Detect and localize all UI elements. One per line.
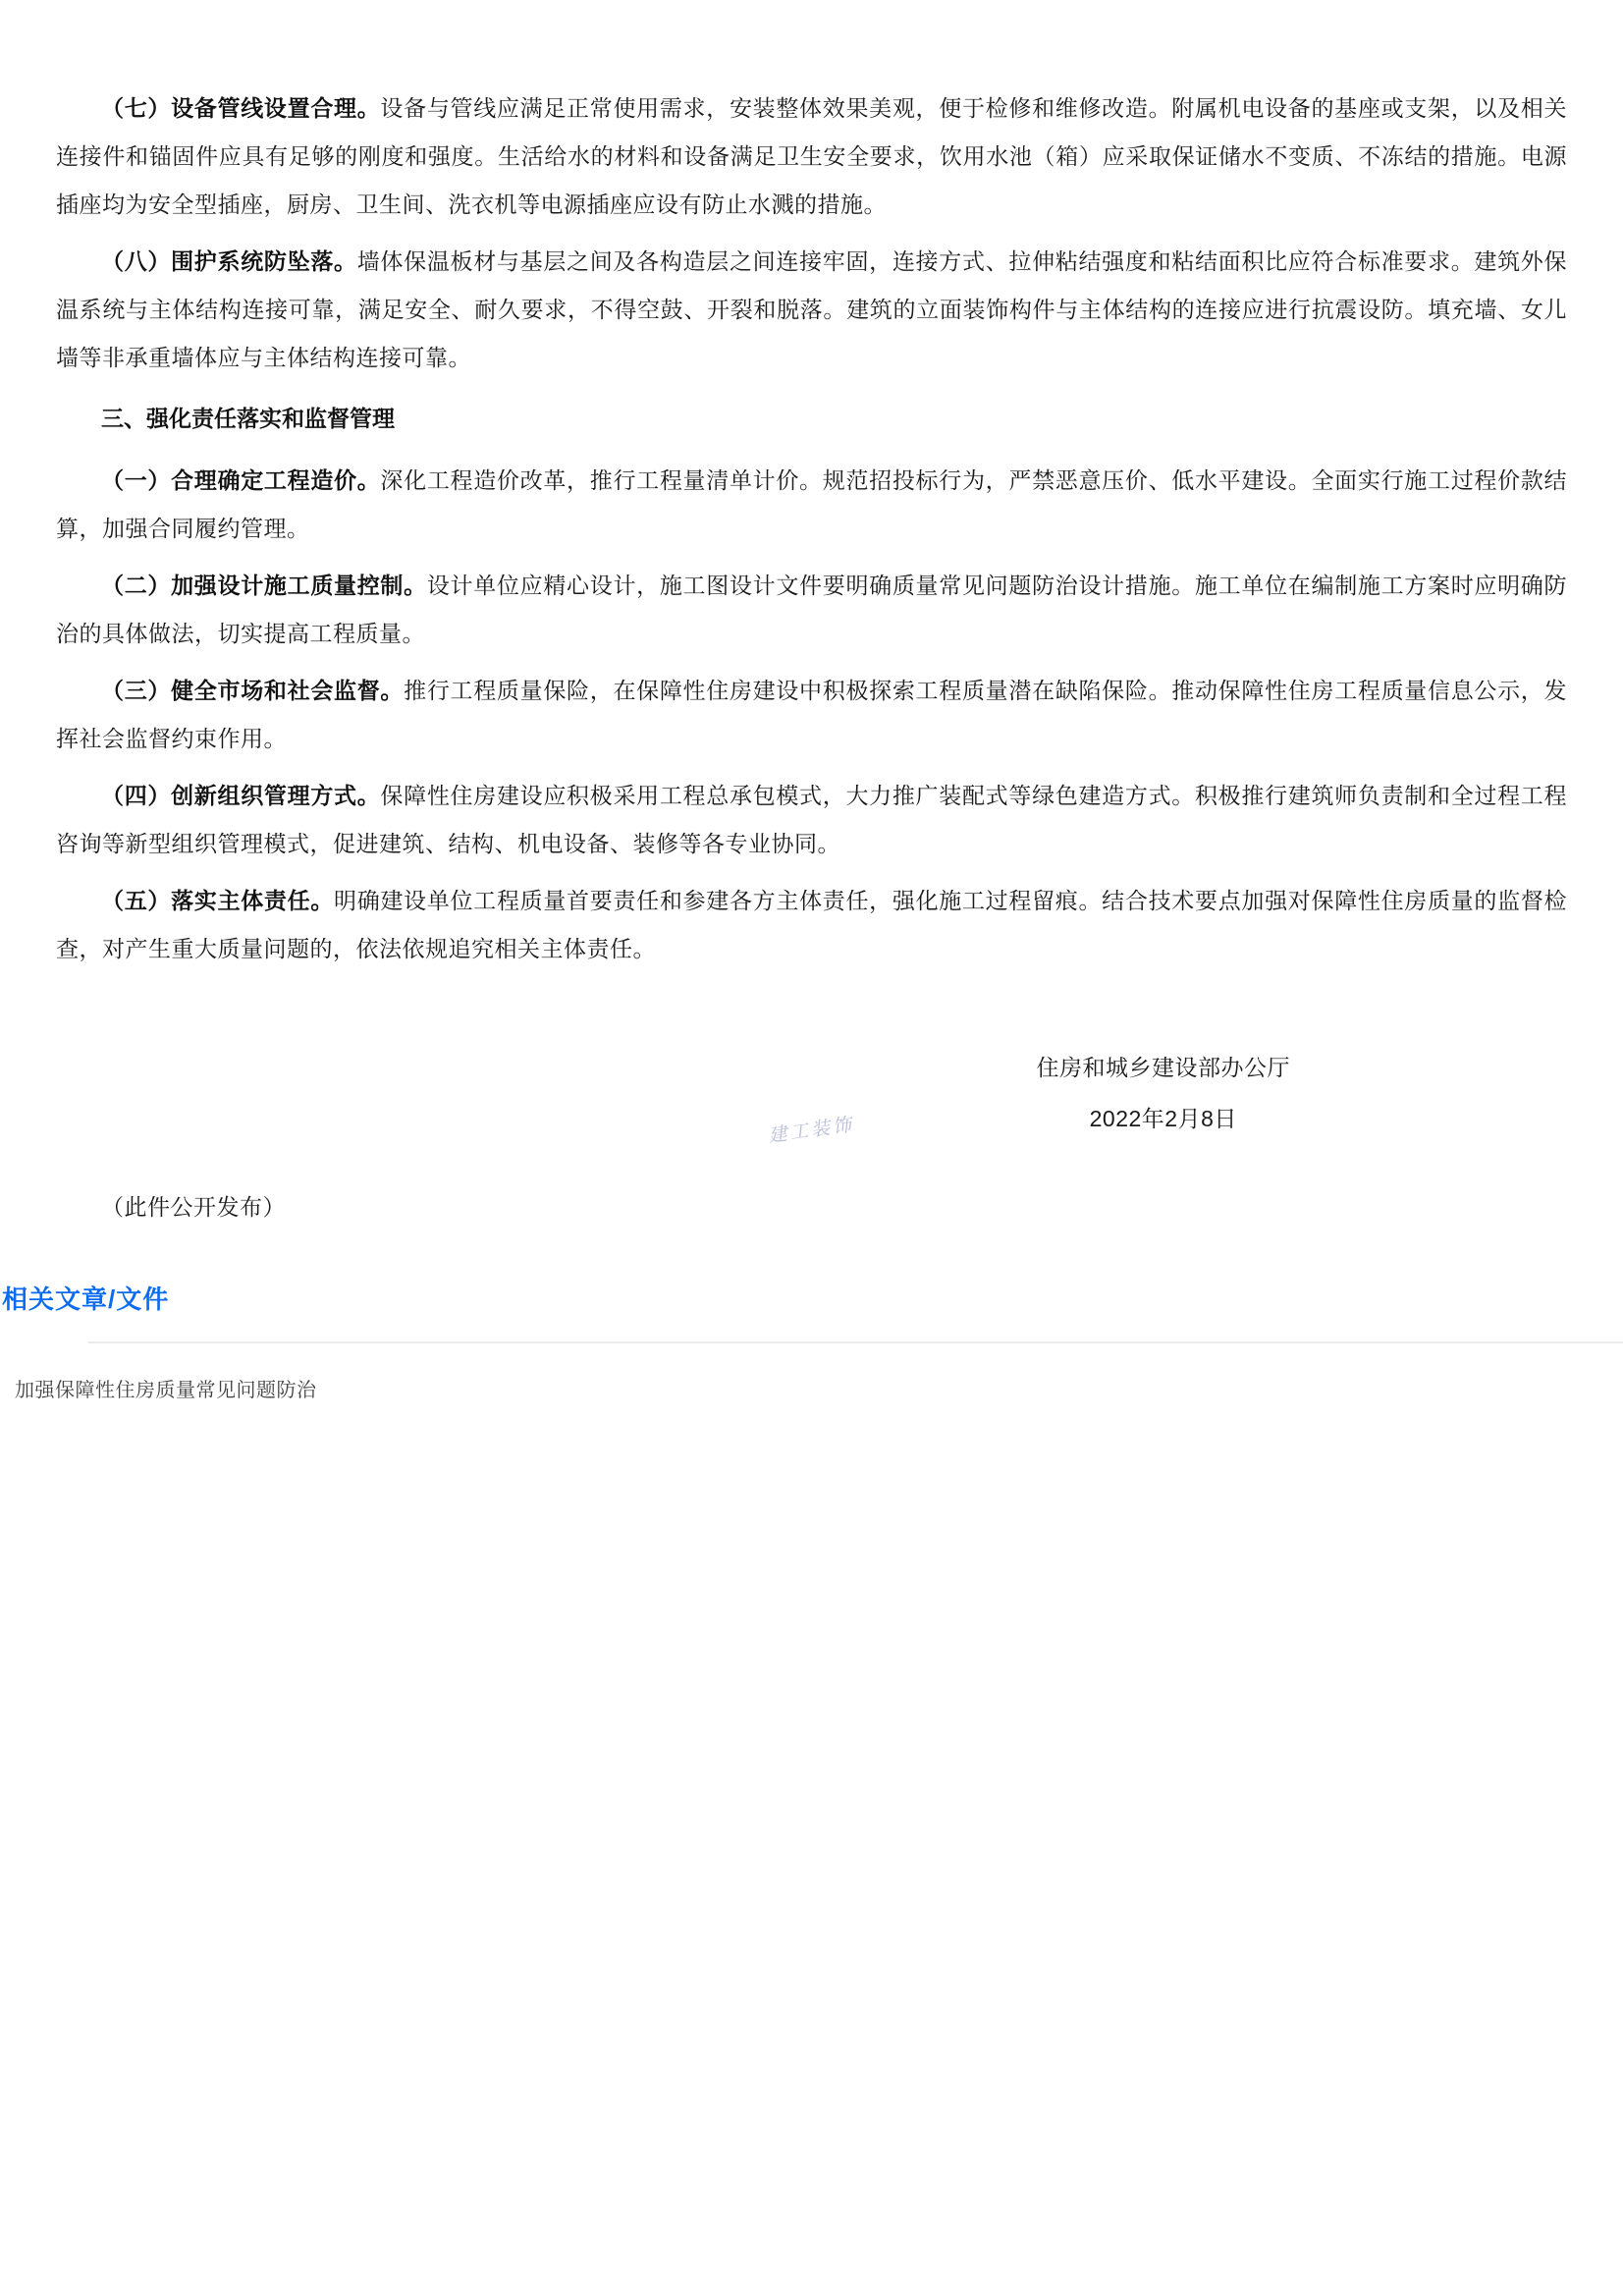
paragraph-item8: （八）围护系统防坠落。墙体保温板材与基层之间及各构造层之间连接牢固，连接方式、拉…	[56, 238, 1567, 382]
signature-block: 住房和城乡建设部办公厅 2022年2月8日	[1037, 1042, 1291, 1144]
paragraph-item4: （四）创新组织管理方式。保障性住房建设应积极采用工程总承包模式，大力推广装配式等…	[56, 772, 1567, 868]
paragraph-lead: （一）合理确定工程造价。	[101, 467, 380, 493]
related-divider	[88, 1341, 1623, 1343]
paragraph-lead: （八）围护系统防坠落。	[101, 248, 357, 274]
signature-issuer: 住房和城乡建设部办公厅	[1037, 1042, 1291, 1093]
section-heading: 三、强化责任落实和监督管理	[56, 395, 1567, 443]
paragraph-item5: （五）落实主体责任。明确建设单位工程质量首要责任和参建各方主体责任，强化施工过程…	[56, 877, 1567, 973]
paragraph-item3: （三）健全市场和社会监督。推行工程质量保险，在保障性住房建设中积极探索工程质量潜…	[56, 667, 1567, 763]
paragraph-item2: （二）加强设计施工质量控制。设计单位应精心设计，施工图设计文件要明确质量常见问题…	[56, 562, 1567, 658]
paragraph-item7: （七）设备管线设置合理。设备与管线应满足正常使用需求，安装整体效果美观，便于检修…	[56, 84, 1567, 229]
paragraph-lead: （五）落实主体责任。	[101, 888, 334, 913]
document-page: （七）设备管线设置合理。设备与管线应满足正常使用需求，安装整体效果美观，便于检修…	[0, 0, 1623, 2296]
related-section-title: 相关文章/文件	[2, 1280, 169, 1316]
signature-date: 2022年2月8日	[1037, 1093, 1291, 1144]
document-body: （七）设备管线设置合理。设备与管线应满足正常使用需求，安装整体效果美观，便于检修…	[56, 84, 1567, 1231]
paragraph-lead: （二）加强设计施工质量控制。	[101, 573, 427, 598]
paragraph-lead: （三）健全市场和社会监督。	[101, 678, 404, 703]
paragraph-lead: （七）设备管线设置合理。	[101, 95, 380, 121]
publication-note: （此件公开发布）	[56, 1183, 1567, 1231]
paragraph-lead: （四）创新组织管理方式。	[101, 783, 380, 808]
paragraph-item1: （一）合理确定工程造价。深化工程造价改革，推行工程量清单计价。规范招投标行为，严…	[56, 457, 1567, 553]
related-file-link[interactable]: 加强保障性住房质量常见问题防治	[15, 1374, 317, 1402]
